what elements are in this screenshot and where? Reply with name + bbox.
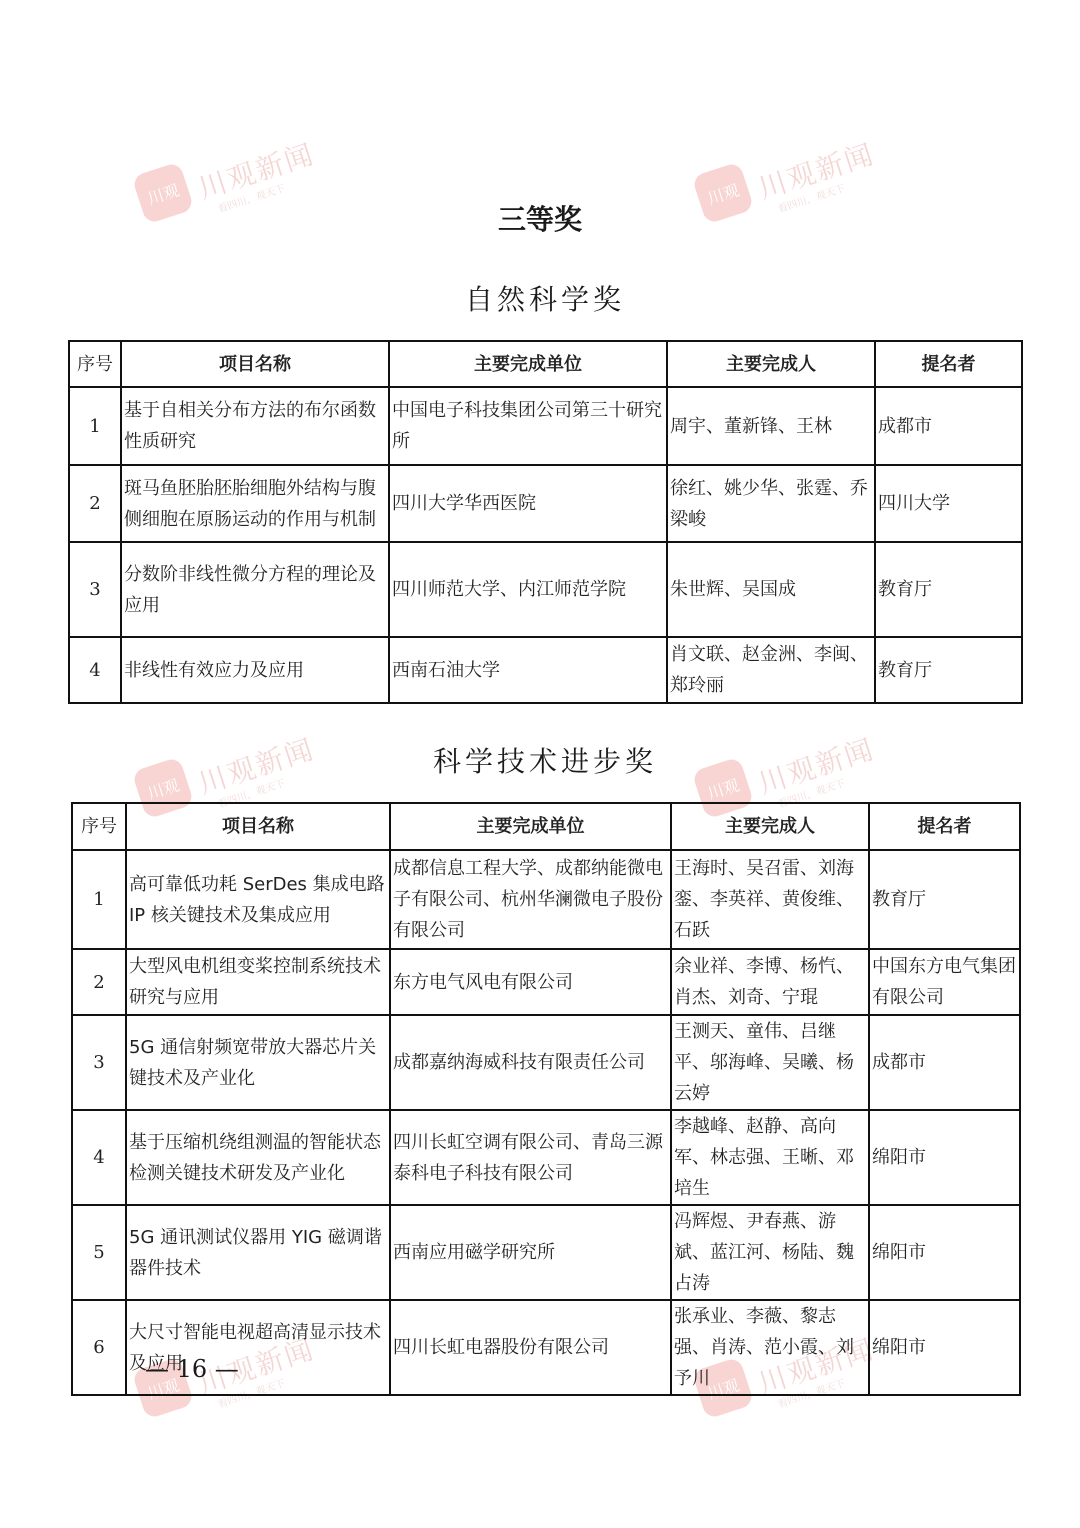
cell-project: 基于压缩机绕组测温的智能状态检测关键技术研发及产业化 [126, 1110, 390, 1205]
cell-people: 徐红、姚少华、张霆、乔梁峻 [667, 465, 875, 542]
cell-no: 4 [72, 1110, 126, 1205]
cell-unit: 四川长虹电器股份有限公司 [390, 1300, 671, 1395]
cell-nominator: 成都市 [869, 1015, 1020, 1110]
header-project: 项目名称 [121, 341, 389, 387]
cell-nominator: 绵阳市 [869, 1110, 1020, 1205]
watermark-title: 川观新闻 [193, 132, 320, 207]
cell-unit: 西南应用磁学研究所 [390, 1205, 671, 1300]
cell-project: 非线性有效应力及应用 [121, 637, 389, 703]
cell-project: 斑马鱼胚胎胚胎细胞外结构与腹侧细胞在原肠运动的作用与机制 [121, 465, 389, 542]
table-row: 4 基于压缩机绕组测温的智能状态检测关键技术研发及产业化 四川长虹空调有限公司、… [72, 1110, 1020, 1205]
tech-progress-table: 序号 项目名称 主要完成单位 主要完成人 提名者 1 高可靠低功耗 SerDes… [71, 802, 1021, 1396]
cell-nominator: 绵阳市 [869, 1205, 1020, 1300]
table-row: 3 5G 通信射频宽带放大器芯片关键技术及产业化 成都嘉纳海威科技有限责任公司 … [72, 1015, 1020, 1110]
cell-no: 4 [69, 637, 121, 703]
cell-unit: 四川师范大学、内江师范学院 [389, 542, 667, 637]
header-unit: 主要完成单位 [389, 341, 667, 387]
cell-no: 5 [72, 1205, 126, 1300]
cell-no: 1 [72, 850, 126, 949]
cell-no: 2 [72, 949, 126, 1015]
table-row: 2 大型风电机组变桨控制系统技术研究与应用 东方电气风电有限公司 余业祥、李博、… [72, 949, 1020, 1015]
header-people: 主要完成人 [667, 341, 875, 387]
table-header-row: 序号 项目名称 主要完成单位 主要完成人 提名者 [72, 803, 1020, 850]
cell-nominator: 教育厅 [875, 637, 1022, 703]
section-title-tech-progress: 科学技术进步奖 [0, 740, 1080, 780]
cell-people: 余业祥、李博、杨忾、肖杰、刘奇、宁琨 [671, 949, 869, 1015]
cell-no: 3 [72, 1015, 126, 1110]
table-header-row: 序号 项目名称 主要完成单位 主要完成人 提名者 [69, 341, 1022, 387]
table-row: 5 5G 通讯测试仪器用 YIG 磁调谐器件技术 西南应用磁学研究所 冯辉煜、尹… [72, 1205, 1020, 1300]
page-heading: 三等奖 [0, 198, 1080, 238]
header-unit: 主要完成单位 [390, 803, 671, 850]
cell-unit: 成都信息工程大学、成都纳能微电子有限公司、杭州华澜微电子股份有限公司 [390, 850, 671, 949]
header-project: 项目名称 [126, 803, 390, 850]
cell-people: 肖文联、赵金洲、李闽、郑玲丽 [667, 637, 875, 703]
cell-no: 6 [72, 1300, 126, 1395]
cell-people: 朱世辉、吴国成 [667, 542, 875, 637]
cell-people: 冯辉煜、尹春燕、游斌、蓝江河、杨陆、魏占涛 [671, 1205, 869, 1300]
cell-nominator: 成都市 [875, 387, 1022, 465]
cell-nominator: 绵阳市 [869, 1300, 1020, 1395]
cell-no: 2 [69, 465, 121, 542]
watermark-title: 川观新闻 [753, 132, 880, 207]
cell-project: 高可靠低功耗 SerDes 集成电路 IP 核关键技术及集成应用 [126, 850, 390, 949]
natural-science-table: 序号 项目名称 主要完成单位 主要完成人 提名者 1 基于自相关分布方法的布尔函… [68, 340, 1023, 704]
cell-unit: 西南石油大学 [389, 637, 667, 703]
cell-people: 王海时、吴召雷、刘海銮、李英祥、黄俊维、石跃 [671, 850, 869, 949]
cell-no: 3 [69, 542, 121, 637]
table-row: 1 高可靠低功耗 SerDes 集成电路 IP 核关键技术及集成应用 成都信息工… [72, 850, 1020, 949]
cell-project: 基于自相关分布方法的布尔函数性质研究 [121, 387, 389, 465]
cell-people: 李越峰、赵静、高向军、林志强、王晰、邓培生 [671, 1110, 869, 1205]
cell-project: 5G 通讯测试仪器用 YIG 磁调谐器件技术 [126, 1205, 390, 1300]
header-no: 序号 [69, 341, 121, 387]
cell-no: 1 [69, 387, 121, 465]
cell-people: 王测天、童伟、吕继平、邬海峰、吴曦、杨云婷 [671, 1015, 869, 1110]
cell-unit: 中国电子科技集团公司第三十研究所 [389, 387, 667, 465]
cell-project: 大型风电机组变桨控制系统技术研究与应用 [126, 949, 390, 1015]
cell-unit: 四川大学华西医院 [389, 465, 667, 542]
table-row: 2 斑马鱼胚胎胚胎细胞外结构与腹侧细胞在原肠运动的作用与机制 四川大学华西医院 … [69, 465, 1022, 542]
cell-unit: 四川长虹空调有限公司、青岛三源泰科电子科技有限公司 [390, 1110, 671, 1205]
cell-people: 张承业、李薇、黎志强、肖涛、范小霞、刘予川 [671, 1300, 869, 1395]
cell-unit: 成都嘉纳海威科技有限责任公司 [390, 1015, 671, 1110]
header-nominator: 提名者 [869, 803, 1020, 850]
cell-unit: 东方电气风电有限公司 [390, 949, 671, 1015]
table-row: 1 基于自相关分布方法的布尔函数性质研究 中国电子科技集团公司第三十研究所 周宇… [69, 387, 1022, 465]
table-row: 3 分数阶非线性微分方程的理论及应用 四川师范大学、内江师范学院 朱世辉、吴国成… [69, 542, 1022, 637]
cell-nominator: 中国东方电气集团有限公司 [869, 949, 1020, 1015]
page-number: — 16 — [145, 1355, 239, 1383]
cell-people: 周宇、董新锋、王林 [667, 387, 875, 465]
cell-project: 5G 通信射频宽带放大器芯片关键技术及产业化 [126, 1015, 390, 1110]
header-people: 主要完成人 [671, 803, 869, 850]
table-row: 4 非线性有效应力及应用 西南石油大学 肖文联、赵金洲、李闽、郑玲丽 教育厅 [69, 637, 1022, 703]
cell-nominator: 四川大学 [875, 465, 1022, 542]
header-nominator: 提名者 [875, 341, 1022, 387]
cell-nominator: 教育厅 [875, 542, 1022, 637]
section-title-natural-science: 自然科学奖 [0, 278, 1080, 318]
cell-nominator: 教育厅 [869, 850, 1020, 949]
cell-project: 分数阶非线性微分方程的理论及应用 [121, 542, 389, 637]
header-no: 序号 [72, 803, 126, 850]
